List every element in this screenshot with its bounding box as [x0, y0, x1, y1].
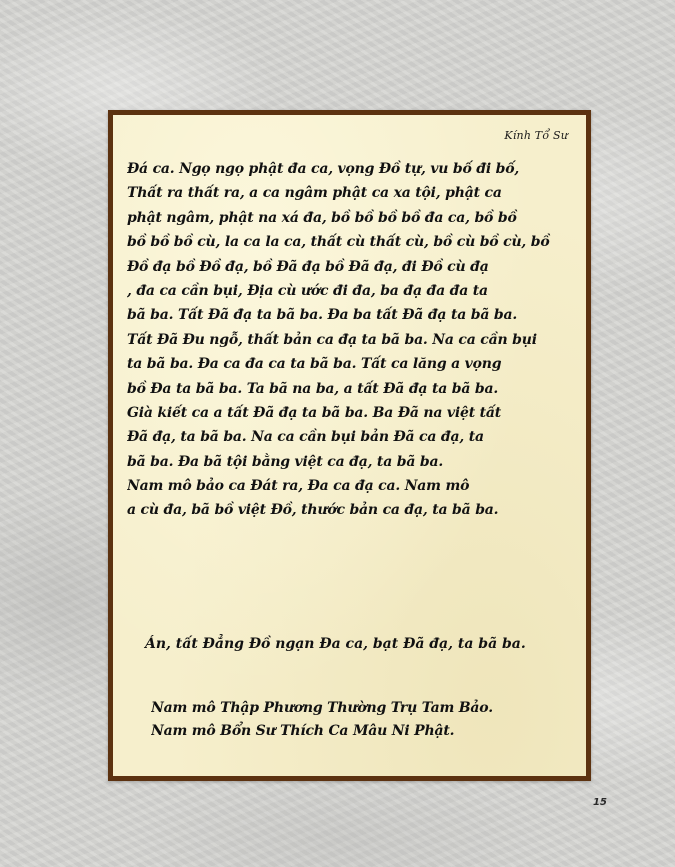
page-number: 15	[593, 797, 607, 808]
closing-mantra-line: Án, tất Đẳng Đồ ngạn Đa ca, bạt Đã đạ, t…	[145, 636, 574, 652]
signature-line: Nam mô Bổn Sư Thích Ca Mâu Ni Phật.	[151, 720, 574, 743]
text-line: Thất ra thất ra, a ca ngâm phật ca xa tộ…	[127, 181, 574, 205]
manuscript-body: Đá ca. Ngọ ngọ phật đa ca, vọng Đồ tự, v…	[127, 157, 574, 523]
text-line: Tất Đã Đu ngỗ, thất bản ca đạ ta bã ba. …	[127, 328, 574, 352]
signature-line: Nam mô Thập Phương Thường Trụ Tam Bảo.	[151, 697, 574, 720]
text-line: a cù đa, bã bồ việt Đồ, thước bản ca đạ,…	[127, 498, 574, 522]
text-line: bồ bồ bồ cù, la ca la ca, thất cù thất c…	[127, 230, 574, 254]
text-line: bã ba. Đa bã tội bằng việt ca đạ, ta bã …	[127, 450, 574, 474]
text-line: Đá ca. Ngọ ngọ phật đa ca, vọng Đồ tự, v…	[127, 157, 574, 181]
text-line: , đa ca cần bụi, Địa cù ước đi đa, ba đạ…	[127, 279, 574, 303]
document-heading: Kính Tổ Sư	[504, 129, 568, 142]
text-line: ta bã ba. Đa ca đa ca ta bã ba. Tất ca l…	[127, 352, 574, 376]
document-frame: Kính Tổ Sư Đá ca. Ngọ ngọ phật đa ca, vọ…	[108, 110, 591, 781]
manuscript-page: Kính Tổ Sư Đá ca. Ngọ ngọ phật đa ca, vọ…	[113, 115, 586, 776]
text-line: Già kiết ca a tất Đã đạ ta bã ba. Ba Đã …	[127, 401, 574, 425]
text-line: phật ngâm, phật na xá đa, bồ bồ bồ bồ đa…	[127, 206, 574, 230]
text-line: Đã đạ, ta bã ba. Na ca cần bụi bản Đã ca…	[127, 425, 574, 449]
text-line: bồ Đa ta bã ba. Ta bã na ba, a tất Đã đạ…	[127, 377, 574, 401]
text-line: Đồ đạ bồ Đồ đạ, bồ Đã đạ bồ Đã đạ, đi Đồ…	[127, 255, 574, 279]
text-line: Nam mô bảo ca Đát ra, Đa ca đạ ca. Nam m…	[127, 474, 574, 498]
text-line: bã ba. Tất Đã đạ ta bã ba. Đa ba tất Đã …	[127, 303, 574, 327]
signature-block: Nam mô Thập Phương Thường Trụ Tam Bảo. N…	[151, 697, 574, 743]
